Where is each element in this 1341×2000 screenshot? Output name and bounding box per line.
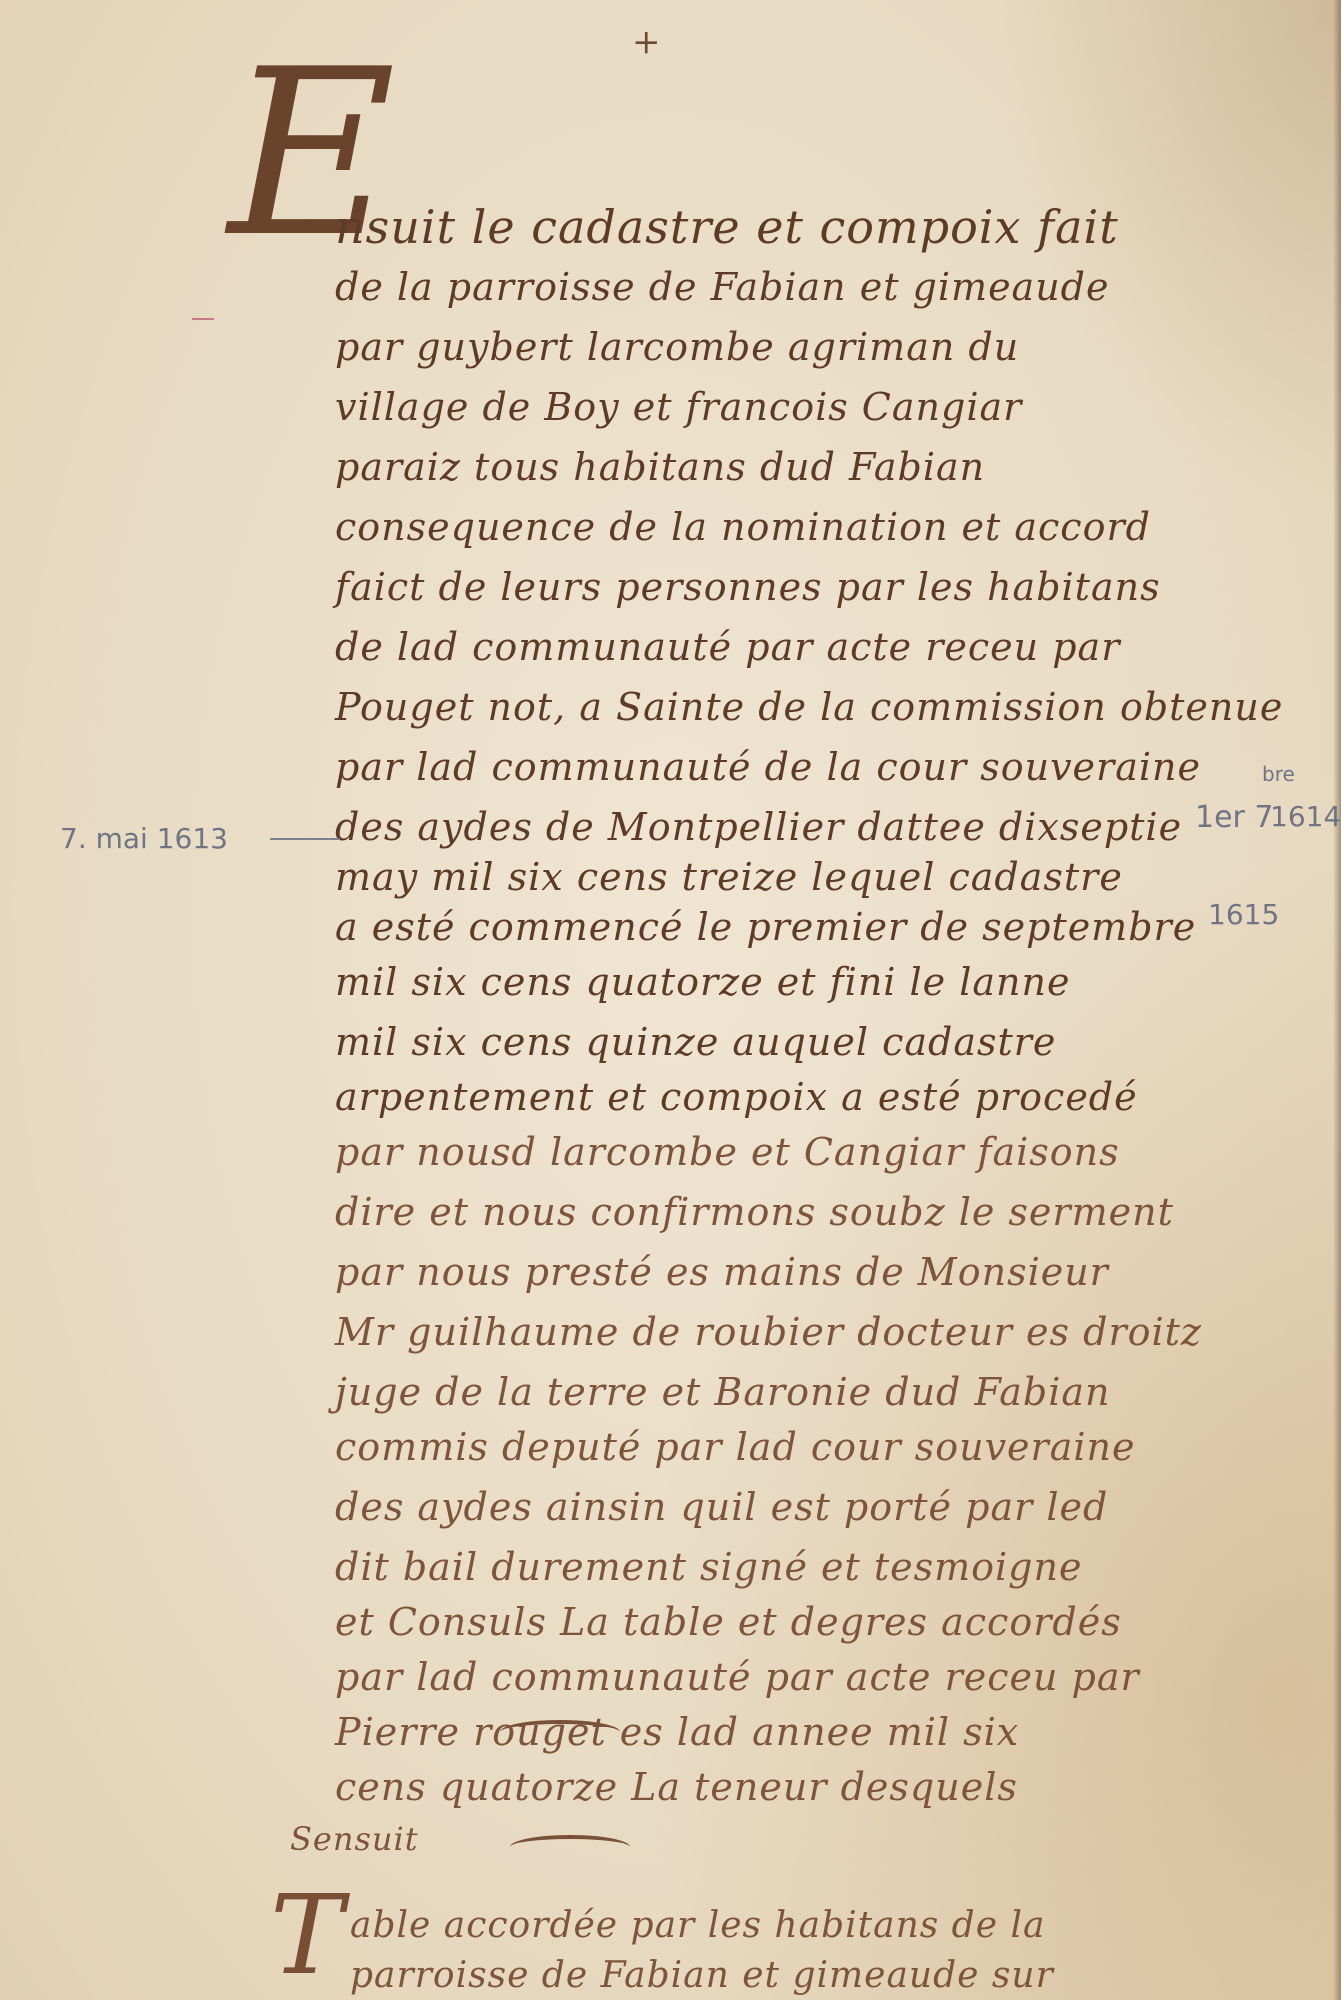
margin-note-right-year-1615: 1615 [1208, 898, 1279, 931]
text-line-29: Sensuit [290, 1820, 419, 1858]
text-line-19: par nous presté es mains de Monsieur [335, 1250, 1109, 1294]
text-line-8: de lad communauté par acte receu par [335, 625, 1120, 669]
text-line-20: Mr guilhaume de roubier docteur es droit… [335, 1310, 1202, 1354]
text-line-22: commis deputé par lad cour souveraine [335, 1425, 1135, 1469]
cross-mark: + [632, 22, 661, 62]
text-line-2: de la parroisse de Fabian et gimeaude [335, 265, 1110, 309]
margin-note-right-year: 1614 [1270, 800, 1341, 833]
red-ink-mark [192, 318, 214, 320]
text-line-1: nsuit le cadastre et compoix fait [335, 200, 1119, 254]
text-line-9: Pouget not, a Sainte de la commission ob… [335, 685, 1283, 729]
text-line-25: et Consuls La table et degres accordés [335, 1600, 1122, 1644]
text-line-21: juge de la terre et Baronie dud Fabian [335, 1370, 1111, 1414]
text-line-6: consequence de la nomination et accord [335, 505, 1151, 549]
text-line-17: par nousd larcombe et Cangiar faisons [335, 1130, 1120, 1174]
text-line-27: Pierre rouget es lad annee mil six [335, 1710, 1019, 1754]
text-line-28: cens quatorze La teneur desquels [335, 1765, 1018, 1809]
text-line-15: mil six cens quinze auquel cadastre [335, 1020, 1056, 1064]
text-line-16: arpentement et compoix a esté procedé [335, 1075, 1138, 1119]
text-line-14: mil six cens quatorze et fini le lanne [335, 960, 1071, 1004]
text-line-23: des aydes ainsin quil est porté par led [335, 1485, 1108, 1529]
margin-note-left-date: 7. mai 1613 [60, 822, 228, 855]
text-line-24: dit bail durement signé et tesmoigne [335, 1545, 1082, 1589]
text-line-4: village de Boy et francois Cangiar [335, 385, 1022, 429]
text-line-18: dire et nous confirmons soubz le serment [335, 1190, 1174, 1234]
text-line-7: faict de leurs personnes par les habitan… [335, 565, 1161, 609]
text-line-13: a esté commencé le premier de septembre [335, 905, 1196, 949]
margin-pointer-line [270, 838, 340, 840]
line-end-flourish [510, 1835, 630, 1859]
margin-note-right-day: 1er 7 [1195, 800, 1274, 835]
table-heading-line-1: able accordée par les habitans de la [350, 1905, 1045, 1946]
text-line-5: paraiz tous habitans dud Fabian [335, 445, 985, 489]
page-edge-shadow [1333, 0, 1341, 2000]
decorated-initial-t: T [270, 1880, 343, 1990]
margin-note-right-sup: bre [1262, 762, 1295, 786]
line-end-flourish [500, 1720, 620, 1744]
manuscript-page: + E nsuit le cadastre et compoix fait de… [0, 0, 1341, 2000]
text-line-26: par lad communauté par acte receu par [335, 1655, 1140, 1699]
text-line-12: may mil six cens treize lequel cadastre [335, 855, 1123, 899]
table-heading-line-2: parroisse de Fabian et gimeaude sur [350, 1955, 1054, 1996]
text-line-11: des aydes de Montpellier dattee dixsepti… [335, 805, 1182, 849]
text-line-3: par guybert larcombe agriman du [335, 325, 1019, 369]
text-line-10: par lad communauté de la cour souveraine [335, 745, 1201, 789]
